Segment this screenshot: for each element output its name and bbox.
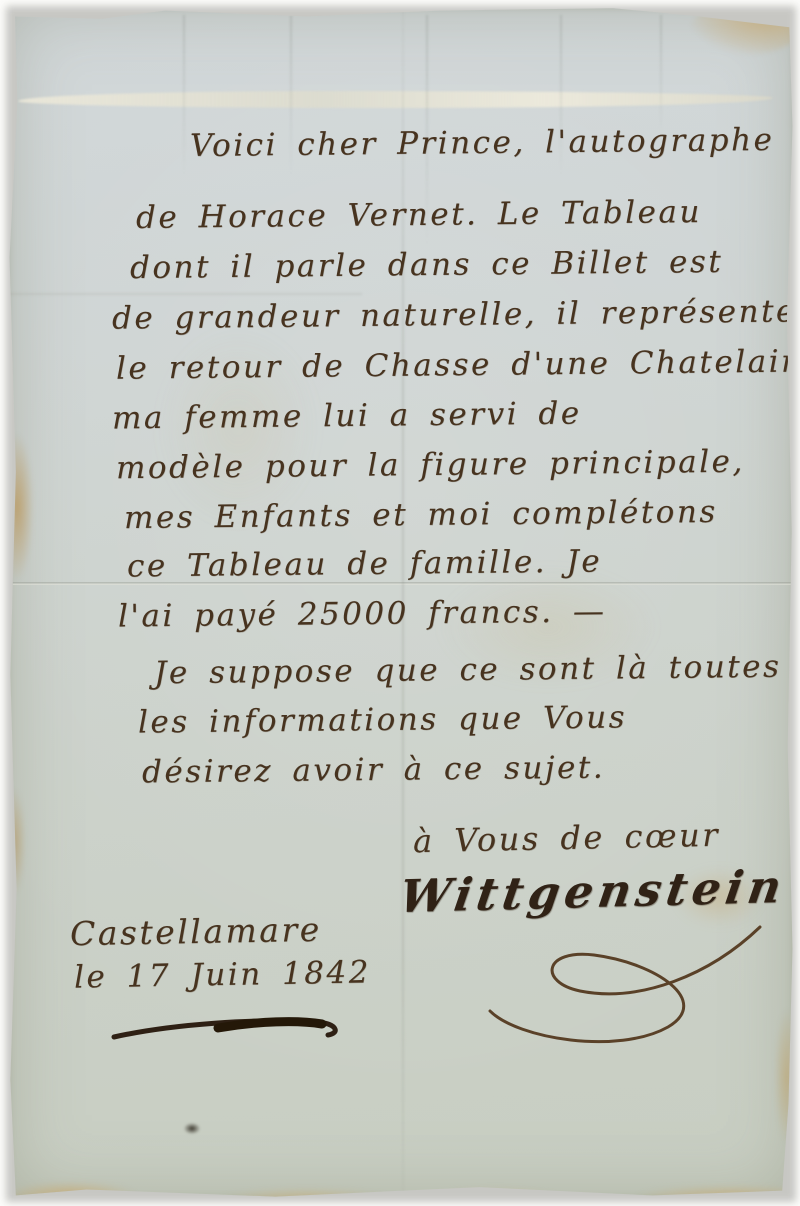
letter-line: désirez avoir à ce sujet.: [142, 750, 606, 791]
letter-line: Je suppose que ce sont là toutes: [154, 649, 782, 692]
closing-line: à Vous de cœur: [413, 816, 721, 860]
letter-line: les informations que Vous: [138, 699, 627, 740]
date-line: le 17 Juin 1842: [74, 954, 372, 995]
wrinkle: [660, 15, 662, 135]
letter-line: dont il parle dans ce Billet est: [130, 244, 724, 286]
letter-line: ma femme lui a servi de: [112, 396, 582, 437]
photo-background: Voici cher Prince, l'autographe de Horac…: [0, 0, 800, 1206]
letter-line: de Horace Vernet. Le Tableau: [136, 194, 702, 236]
letter-line: modèle pour la figure principale,: [116, 444, 745, 487]
letter-line: ce Tableau de famille. Je: [127, 544, 603, 585]
date-underline-flourish: [108, 1009, 348, 1049]
letter-line: l'ai payé 25000 francs. —: [118, 593, 607, 634]
tape-residue-band: [18, 91, 773, 108]
letter-line: Voici cher Prince, l'autographe: [190, 122, 775, 164]
horizontal-fold-crease: [8, 582, 794, 585]
letter-line: le retour de Chasse d'une Chatelaine: [116, 343, 800, 386]
letter-line: mes Enfants et moi complétons: [124, 494, 718, 536]
signature-flourish: [460, 915, 780, 1055]
signature: Wittgenstein: [396, 860, 790, 923]
place-line: Castellamare: [70, 910, 322, 953]
letter-line: de grandeur naturelle, il représente: [112, 293, 797, 336]
horizontal-crease: [8, 293, 362, 295]
ink-speck: [184, 1123, 200, 1134]
wrinkle: [183, 15, 185, 175]
letter-paper: Voici cher Prince, l'autographe de Horac…: [8, 7, 794, 1199]
